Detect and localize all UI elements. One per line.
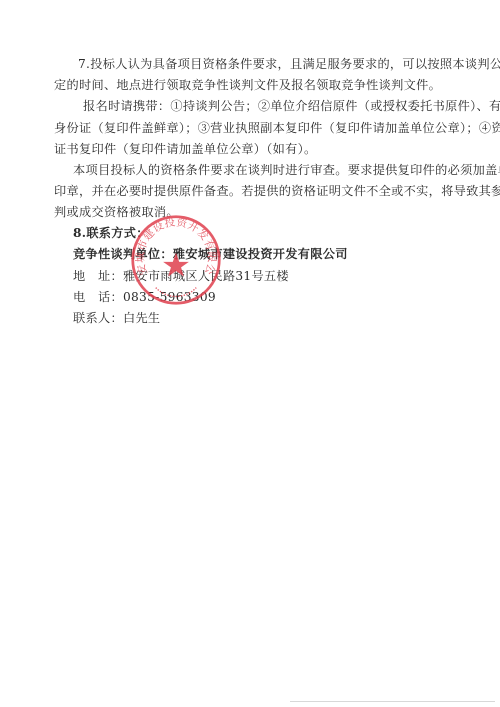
contact-unit-row: 竞争性谈判单位：雅安城市建设投资开发有限公司 <box>73 244 457 265</box>
contact-person-row: 联系人：白先生 <box>73 308 457 329</box>
section8-heading: 8.联系方式： <box>73 223 457 244</box>
section7-paragraph1-line2: 定的时间、地点进行领取竞争性谈判文件及报名领取竞争性谈判文件。 <box>54 75 438 96</box>
section7-paragraph3-line2: 印章，并在必要时提供原件备查。若提供的资格证明文件不全或不实，将导致其参加谈 <box>54 181 438 202</box>
scan-edge-divider <box>290 701 495 702</box>
contact-person-value: 白先生 <box>123 311 160 325</box>
contact-phone-row: 电 话：0835-5963309 <box>73 287 457 308</box>
contact-address-label: 地 址： <box>73 269 123 283</box>
section7-paragraph3-line1: 本项目投标人的资格条件要求在谈判时进行审查。要求提供复印件的必须加盖单位 <box>73 160 438 181</box>
document-page: 7.投标人认为具备项目资格条件要求，且满足服务要求的，可以按照本谈判公告规 定的… <box>0 0 500 707</box>
contact-phone-value: 0835-5963309 <box>123 290 216 304</box>
contact-address-value: 雅安市雨城区人民路31号五楼 <box>123 269 289 283</box>
contact-unit-value: 雅安城市建设投资开发有限公司 <box>173 247 348 261</box>
section7-paragraph3-line3: 判或成交资格被取消。 <box>54 202 438 223</box>
section7-paragraph2-line3: 证书复印件（复印件请加盖单位公章）（如有）。 <box>54 139 438 160</box>
section7-paragraph2-line1: 报名时请携带：①持谈判公告；②单位介绍信原件（或授权委托书原件）、有效 <box>83 96 438 117</box>
contact-address-row: 地 址：雅安市雨城区人民路31号五楼 <box>73 266 457 287</box>
contact-person-label: 联系人： <box>73 311 123 325</box>
section7-paragraph2-line2: 身份证（复印件盖鲜章）；③营业执照副本复印件（复印件请加盖单位公章）；④资质 <box>54 118 438 139</box>
section7-paragraph1-line1: 7.投标人认为具备项目资格条件要求，且满足服务要求的，可以按照本谈判公告规 <box>78 54 462 75</box>
contact-phone-label: 电 话： <box>73 290 123 304</box>
contact-unit-label: 竞争性谈判单位： <box>73 247 173 261</box>
